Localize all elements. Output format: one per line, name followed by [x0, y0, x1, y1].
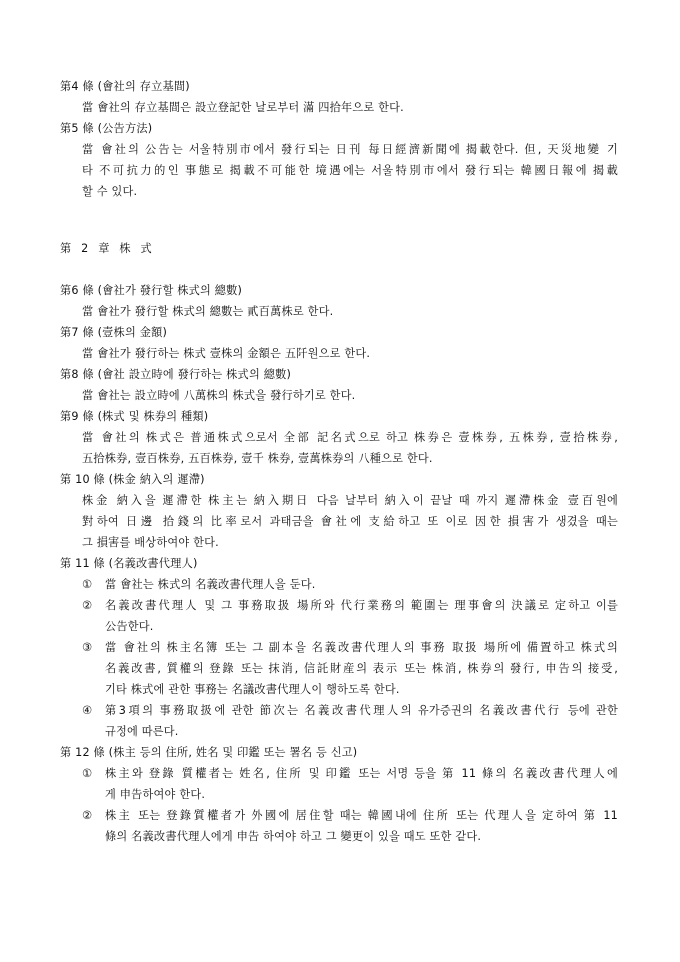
article-7-heading: 第7 條 (壹株의 金額) [60, 322, 167, 343]
article-11-item-4-text-line: 규정에 따른다. [105, 721, 179, 742]
item-number: ② [82, 805, 92, 826]
article-10-text-line: 株金 納入을 遲滯한 株主는 納入期日 다음 날부터 納入이 끝날 때 까지 遲… [82, 490, 618, 511]
article-5-heading: 第5 條 (公告方法) [60, 118, 152, 139]
article-12-item-2-text-line: 條의 名義改書代理人에게 申告 하여야 하고 그 變更이 있을 때도 또한 같다… [105, 826, 481, 847]
article-9-text-line: 當 會社의 株式은 普通株式으로서 全部 記名式으로 하고 株券은 壹株券, 五… [82, 427, 618, 448]
article-11-item-3-text-line: 當 會社의 株主名簿 또는 그 副本을 名義改書代理人의 事務 取扱 場所에 備… [105, 637, 618, 658]
article-7-text: 當 會社가 發行하는 株式 壹株의 金額은 五阡원으로 한다. [82, 343, 370, 364]
article-11-item-2-text-line: 公告한다. [105, 616, 154, 637]
article-12-item-1-text-line: 株主와 登錄 質權者는 姓名, 住所 및 印鑑 또는 서명 등을 第 11 條의… [105, 763, 618, 784]
article-11-item-3-text-line: 名義改書, 質權의 登錄 또는 抹消, 信託財産의 表示 또는 株消, 株券의 … [105, 658, 618, 679]
article-12-item-2-text-line: 株主 또는 登錄質權者가 外國에 居住할 때는 韓國내에 住所 또는 代理人을 … [105, 805, 618, 826]
article-4-text: 當 會社의 存立基間은 設立登記한 날로부터 滿 四拾年으로 한다. [82, 97, 404, 118]
item-number: ④ [82, 700, 92, 721]
article-9-text-line: 五拾株券, 壹百株券, 五百株券, 壹千 株券, 壹萬株券의 八種으로 한다. [82, 448, 433, 469]
article-9-heading: 第9 條 (株式 및 株券의 種類) [60, 406, 208, 427]
item-number: ① [82, 763, 92, 784]
item-number: ① [82, 574, 92, 595]
article-12-heading: 第 12 條 (株主 등의 住所, 姓名 및 印鑑 또는 署名 등 신고) [60, 742, 357, 763]
article-11-heading: 第 11 條 (名義改書代理人) [60, 553, 198, 574]
article-5-text-line: 타 不可抗力的인 事態로 揭載不可能한 境遇에는 서울特別市에서 發行되는 韓國… [82, 160, 618, 181]
item-number: ② [82, 595, 92, 616]
item-number: ③ [82, 637, 92, 658]
article-5-text-line: 當 會社의 公告는 서울特別市에서 發行되는 日刊 每日經濟新聞에 揭載한다. … [82, 139, 618, 160]
article-11-item-4-text-line: 第3項의 事務取扱에 관한 節次는 名義改書代理人의 유가증권의 名義改書代行 … [105, 700, 618, 721]
article-12-item-1-text-line: 게 申告하여야 한다. [105, 784, 205, 805]
article-5-text-line: 할 수 있다. [82, 181, 137, 202]
article-6-heading: 第6 條 (會社가 發行할 株式의 總數) [60, 280, 242, 301]
article-10-text-line: 對하여 日邊 拾錢의 比率로서 과태금을 會社에 支給하고 또 이로 因한 損害… [82, 511, 618, 532]
article-10-text-line: 그 損害를 배상하여야 한다. [82, 532, 219, 553]
article-6-text: 當 會社가 發行할 株式의 總數는 貳百萬株로 한다. [82, 301, 333, 322]
article-8-heading: 第8 條 (會社 設立時에 發行하는 株式의 總數) [60, 364, 291, 385]
article-10-heading: 第 10 條 (株金 納入의 遲滯) [60, 469, 205, 490]
article-4-heading: 第4 條 (會社의 存立基間) [60, 76, 190, 97]
article-8-text: 當 會社는 設立時에 八萬株의 株式을 發行하기로 한다. [82, 385, 355, 406]
article-11-item-1-text: 當 會社는 株式의 名義改書代理人을 둔다. [105, 574, 315, 595]
document-page: 第4 條 (會社의 存立基間) 當 會社의 存立基間은 設立登記한 날로부터 滿… [0, 0, 680, 962]
article-11-item-3-text-line: 기타 株式에 관한 事務는 名議改書代理人이 행하도록 한다. [105, 679, 400, 700]
chapter-title: 第 2 章 株 式 [60, 238, 152, 259]
article-11-item-2-text-line: 名義改書代理人 및 그 事務取扱 場所와 代行業務의 範圍는 理事會의 決議로 … [105, 595, 618, 616]
